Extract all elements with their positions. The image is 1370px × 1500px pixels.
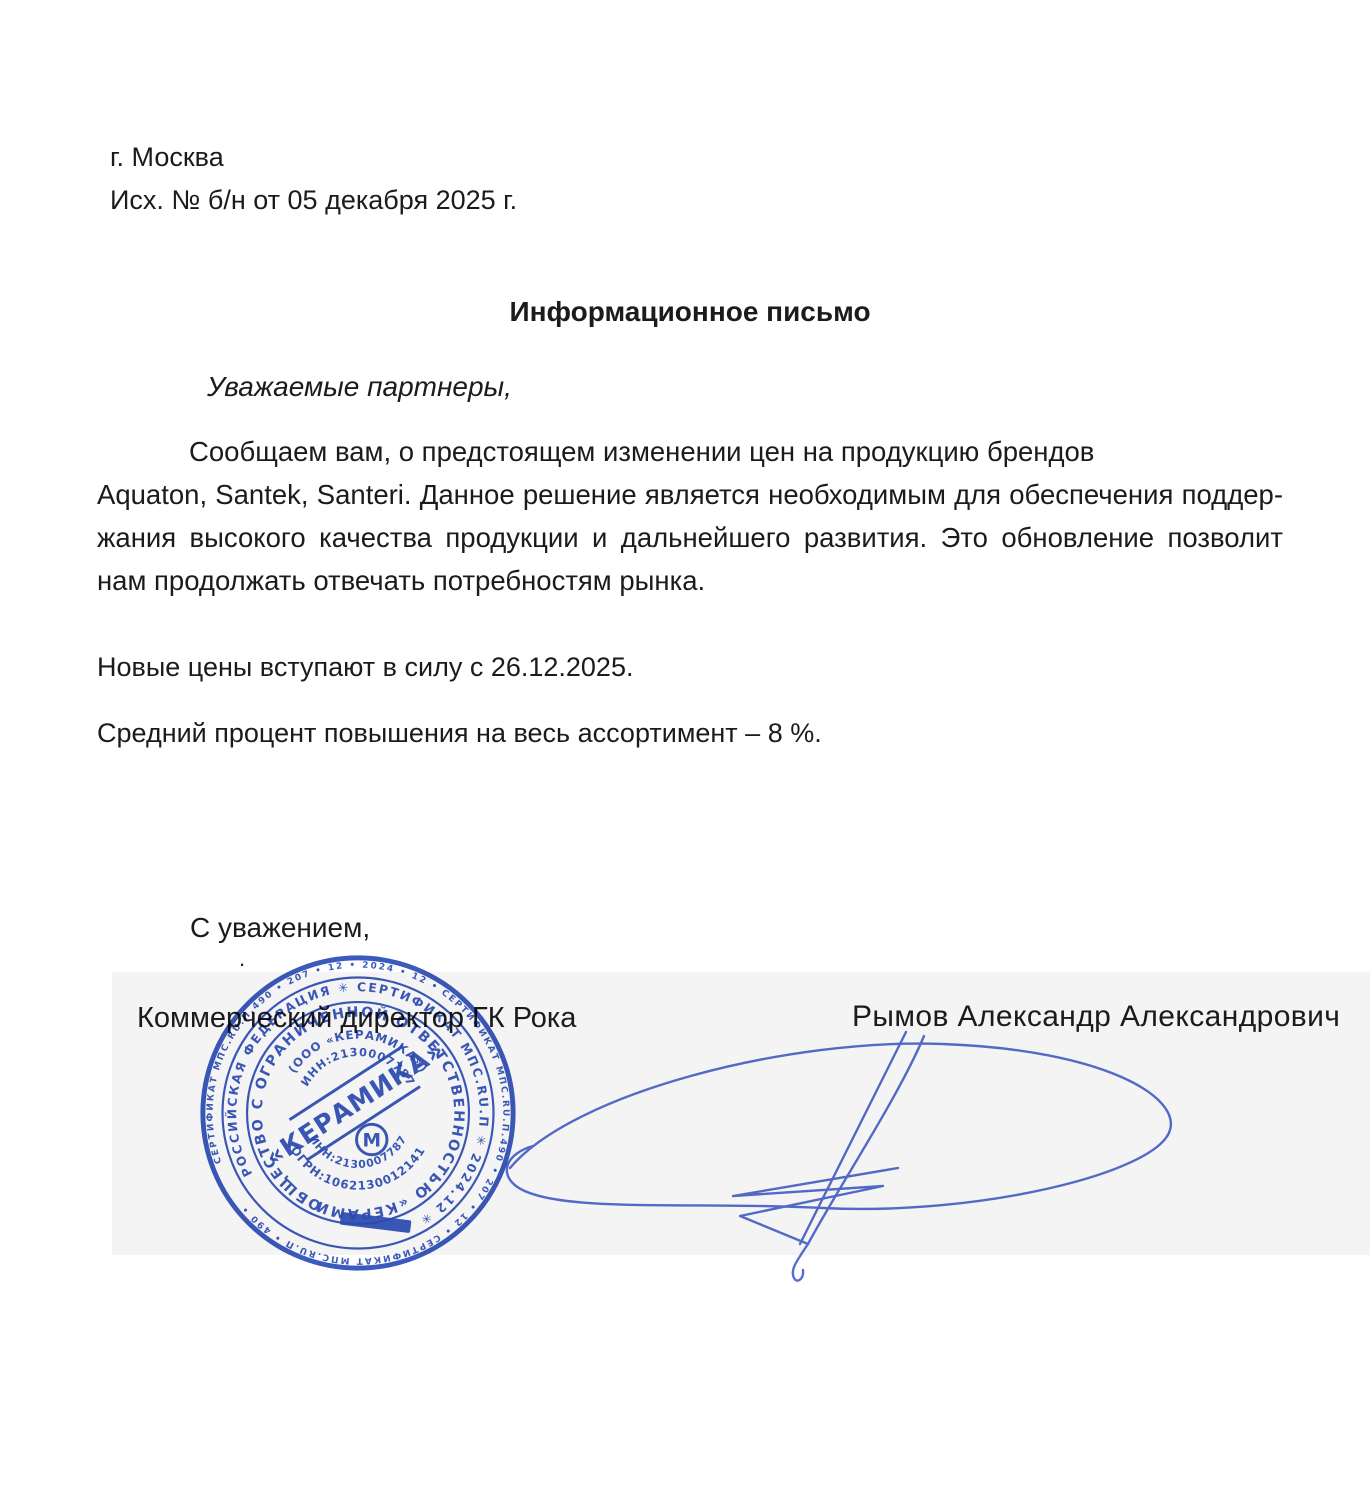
page-title: Информационное письмо	[97, 296, 1283, 328]
header-city: г. Москва	[110, 141, 224, 173]
effective-date-line: Новые цены вступают в силу с 26.12.2025.	[97, 651, 633, 683]
handwritten-signature	[478, 1018, 1226, 1286]
increase-line: Средний процент повышения на весь ассорт…	[97, 717, 822, 749]
company-stamp: СЕРТИФИКАТ МПС.RU.П.490 • 207 • 12 • 202…	[196, 951, 520, 1275]
body-line: нам продолжать отвечать потребностям рын…	[97, 565, 1283, 597]
letter-page: г. Москва Исх. № б/н от 05 декабря 2025 …	[0, 0, 1370, 1500]
body-line: Aquaton, Santek, Santeri. Данное решение…	[97, 479, 1283, 511]
stamp-center-letter: М	[362, 1130, 381, 1151]
header-ref-line: Исх. № б/н от 05 декабря 2025 г.	[110, 184, 517, 216]
signature-icon	[478, 1018, 1226, 1286]
body-line: жания высокого качества продукции и даль…	[97, 522, 1283, 554]
stamp-icon: СЕРТИФИКАТ МПС.RU.П.490 • 207 • 12 • 202…	[196, 951, 520, 1275]
body-line: Сообщаем вам, о предстоящем изменении це…	[97, 436, 1283, 468]
greeting-line: Уважаемые партнеры,	[207, 370, 512, 404]
regards-line: С уважением,	[190, 911, 370, 945]
